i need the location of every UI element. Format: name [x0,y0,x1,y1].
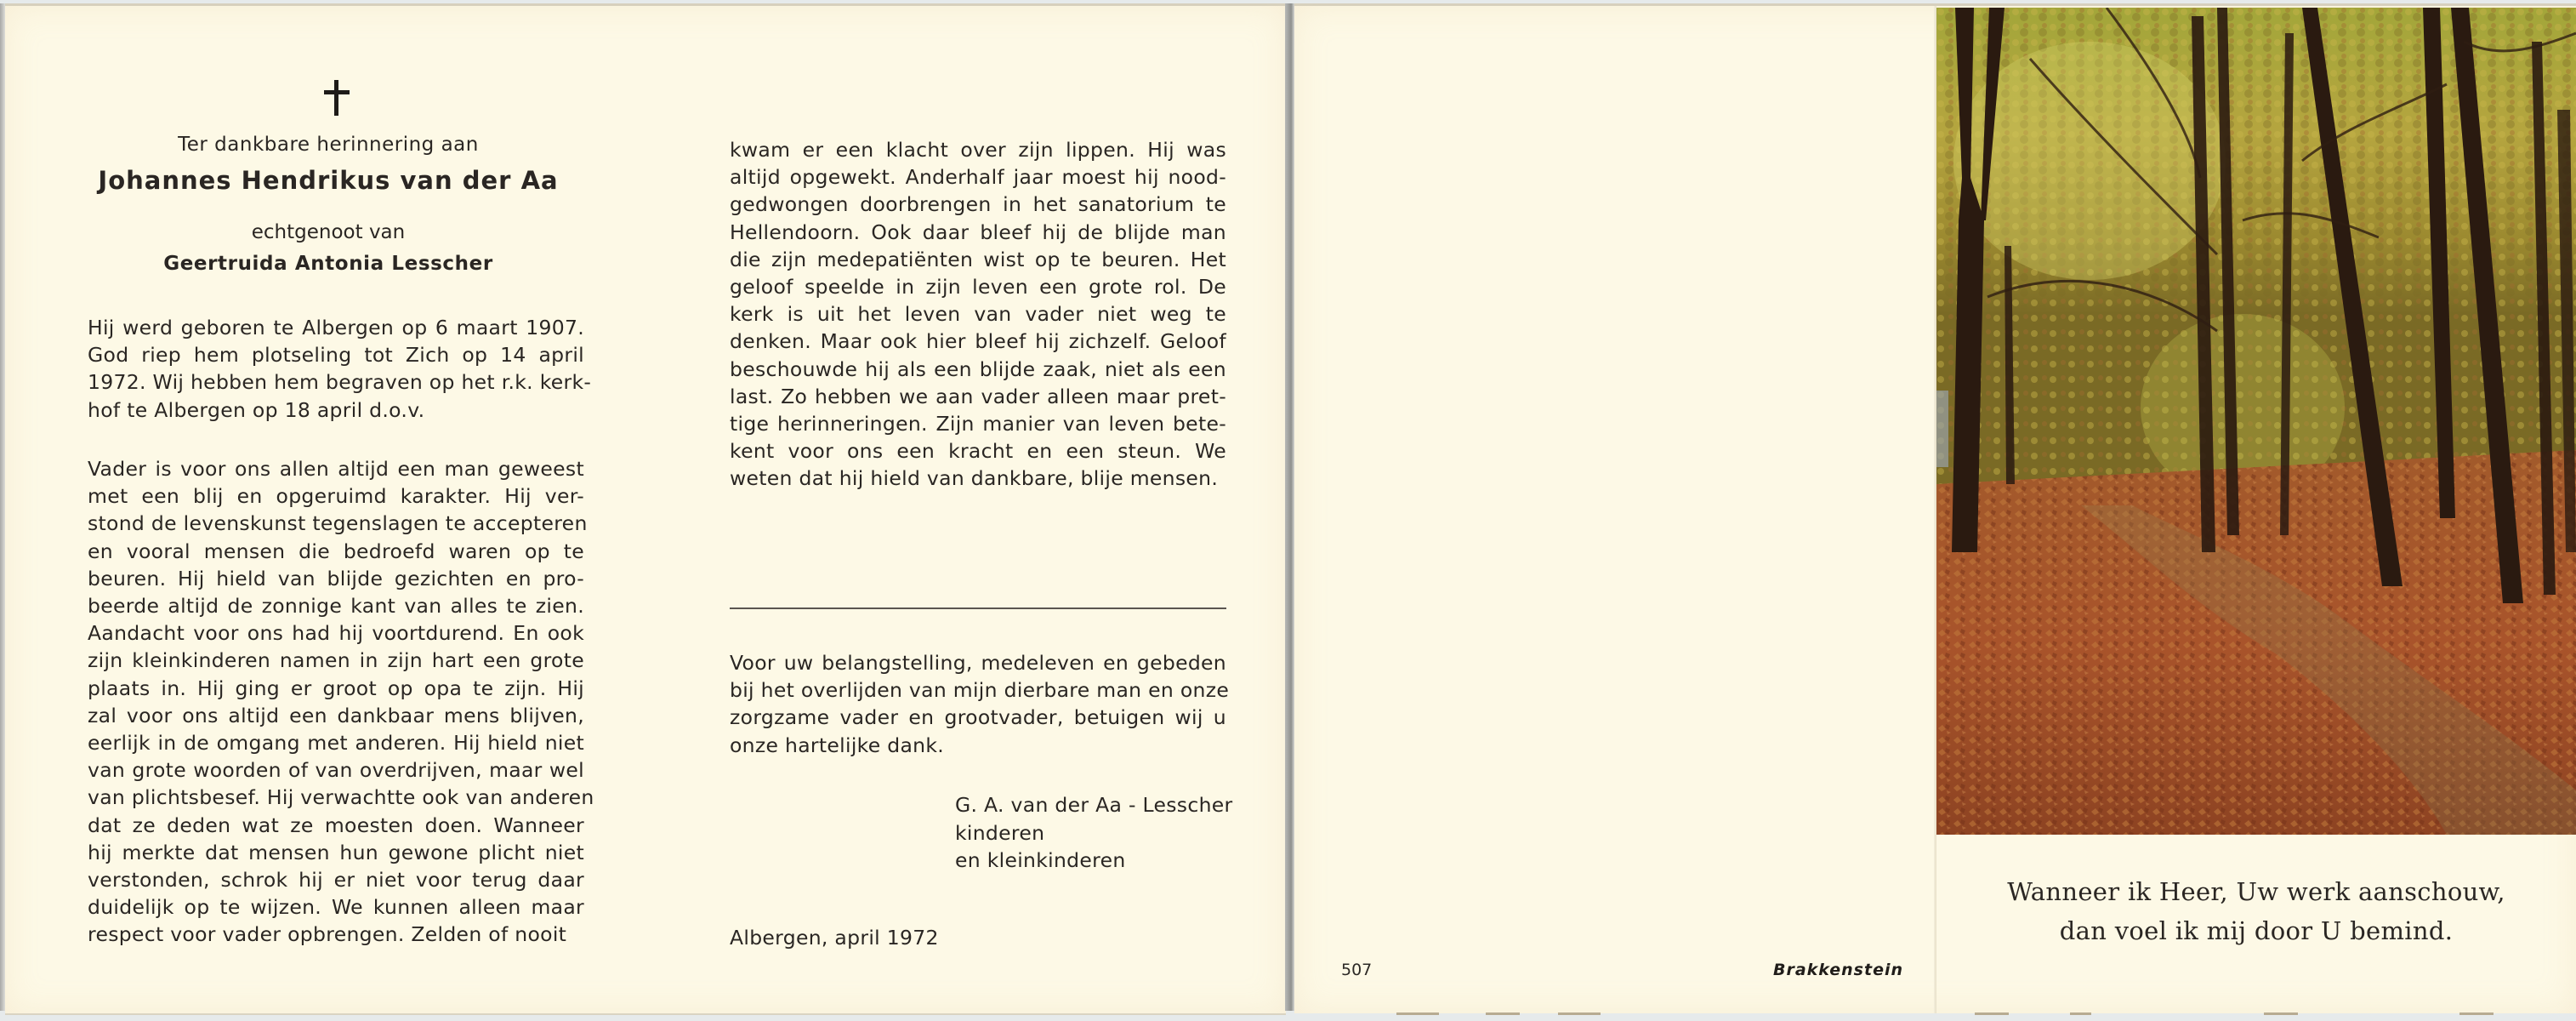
panel-back-cover: 507 Brakkenstein [1294,6,1934,1013]
text-line: verstonden, schrok hij er niet voor teru… [88,866,584,893]
card-bottom-edge [5,1013,1286,1015]
text-line: Vader is voor ons allen altijd een man g… [88,455,584,482]
text-line: kent voor ons een kracht en een steun. W… [730,437,1226,465]
text-line: dat ze deden wat ze moesten doen. Wannee… [88,812,584,839]
place-date: Albergen, april 1972 [730,926,939,950]
publisher-imprint: Brakkenstein [1773,961,1903,979]
panel-memorial-text-right: kwam er een klacht over zijn lippen. Hij… [651,6,1286,1013]
signature-widow: G. A. van der Aa - Lesscher [955,791,1233,819]
spouse-name: Geertruida Antonia Lesscher [5,253,651,275]
signature-block: G. A. van der Aa - Lesscher kinderen en … [955,791,1233,875]
text-line: hij merkte dat mensen hun gewone plicht … [88,839,584,866]
print-number: 507 [1341,961,1372,979]
perforation-mark [1975,1012,2009,1015]
forest-illustration [1936,8,2576,835]
autumn-forest-photo [1936,8,2576,835]
text-line: tige herinneringen. Zijn manier van leve… [730,410,1226,437]
text-line: stond de levenskunst tegenslagen te acce… [88,510,584,537]
perforation-mark [1486,1012,1520,1015]
text-line: plaats in. Hij ging er groot op opa te z… [88,675,584,702]
text-line: beuren. Hij hield van blijde gezichten e… [88,565,584,592]
text-line: Hij werd geboren te Albergen op 6 maart … [88,314,584,341]
cross-icon [324,80,350,116]
divider-line [730,607,1226,609]
text-line: van plichtsbesef. Hij verwachtte ook van… [88,784,584,811]
text-line: beschouwde hij als een blijde zaak, niet… [730,356,1226,383]
paragraph-birth-death: Hij werd geboren te Albergen op 6 maart … [88,314,584,424]
text-line: weten dat hij hield van dankbare, blije … [730,465,1226,492]
deceased-name: Johannes Hendrikus van der Aa [5,166,651,195]
text-line: en vooral mensen die bedroefd waren op t… [88,538,584,565]
text-line: duidelijk op te wijzen. We kunnen alleen… [88,893,584,921]
panel-memorial-text-left: Ter dankbare herinnering aan Johannes He… [5,6,651,1013]
perforation-mark [2070,1012,2091,1015]
text-line: zal voor ons altijd een dankbaar mens bl… [88,702,584,729]
text-line: onze hartelijke dank. [730,732,1226,759]
text-line: altijd opgewekt. Anderhalf jaar moest hi… [730,163,1226,191]
memorial-card-inside: Ter dankbare herinnering aan Johannes He… [5,3,1286,1013]
text-line: hof te Albergen op 18 april d.o.v. [88,396,584,424]
verse-line-2: dan voel ik mij door U bemind. [1936,911,2576,950]
memorial-card-outside: 507 Brakkenstein [1294,3,2576,1013]
text-line: last. Zo hebben we aan vader alleen maar… [730,383,1226,410]
verse-line-1: Wanneer ik Heer, Uw werk aanschouw, [1936,872,2576,911]
text-line: beerde altijd de zonnige kant van alles … [88,592,584,619]
text-line: God riep hem plotseling tot Zich op 14 a… [88,341,584,368]
text-line: eerlijk in de omgang met anderen. Hij hi… [88,729,584,756]
paragraph-faith: kwam er een klacht over zijn lippen. Hij… [730,136,1226,493]
signature-grandchildren: en kleinkinderen [955,847,1233,875]
text-line: 1972. Wij hebben hem begraven op het r.k… [88,368,584,396]
text-line: denken. Maar ook hier bleef hij zichzelf… [730,328,1226,355]
text-line: met een blij en opgeruimd karakter. Hij … [88,482,584,510]
text-line: gedwongen doorbrengen in het sanatorium … [730,191,1226,218]
text-line: zorgzame vader en grootvader, betuigen w… [730,704,1226,731]
perforation-mark [1558,1012,1601,1015]
text-line: van grote woorden of van overdrijven, ma… [88,756,584,784]
text-line: Aandacht voor ons had hij voortdurend. E… [88,619,584,647]
paragraph-character: Vader is voor ons allen altijd een man g… [88,455,584,949]
text-line: Hellendoorn. Ook daar bleef hij de blijd… [730,219,1226,246]
text-line: geloof speelde in zijn leven een grote r… [730,273,1226,300]
text-line: die zijn medepatiënten wist op te beuren… [730,246,1226,273]
text-line: kerk is uit het leven van vader niet weg… [730,300,1226,328]
text-line: Voor uw belangstelling, medeleven en geb… [730,649,1226,676]
signature-children: kinderen [955,819,1233,847]
intro-line: Ter dankbare herinnering aan [5,134,651,156]
verse: Wanneer ik Heer, Uw werk aanschouw, dan … [1936,872,2576,950]
text-line: kwam er een klacht over zijn lippen. Hij… [730,136,1226,163]
perforation-mark [2264,1012,2298,1015]
spouse-label: echtgenoot van [5,221,651,243]
perforation-mark [2459,1012,2494,1015]
perforation-mark [1396,1012,1439,1015]
text-line: respect voor vader opbrengen. Zelden of … [88,921,584,948]
text-line: zijn kleinkinderen namen in zijn hart ee… [88,647,584,674]
panel-front-cover: Wanneer ik Heer, Uw werk aanschouw, dan … [1936,6,2576,1013]
text-line: bij het overlijden van mijn dierbare man… [730,676,1226,704]
paragraph-thanks: Voor uw belangstelling, medeleven en geb… [730,649,1226,759]
